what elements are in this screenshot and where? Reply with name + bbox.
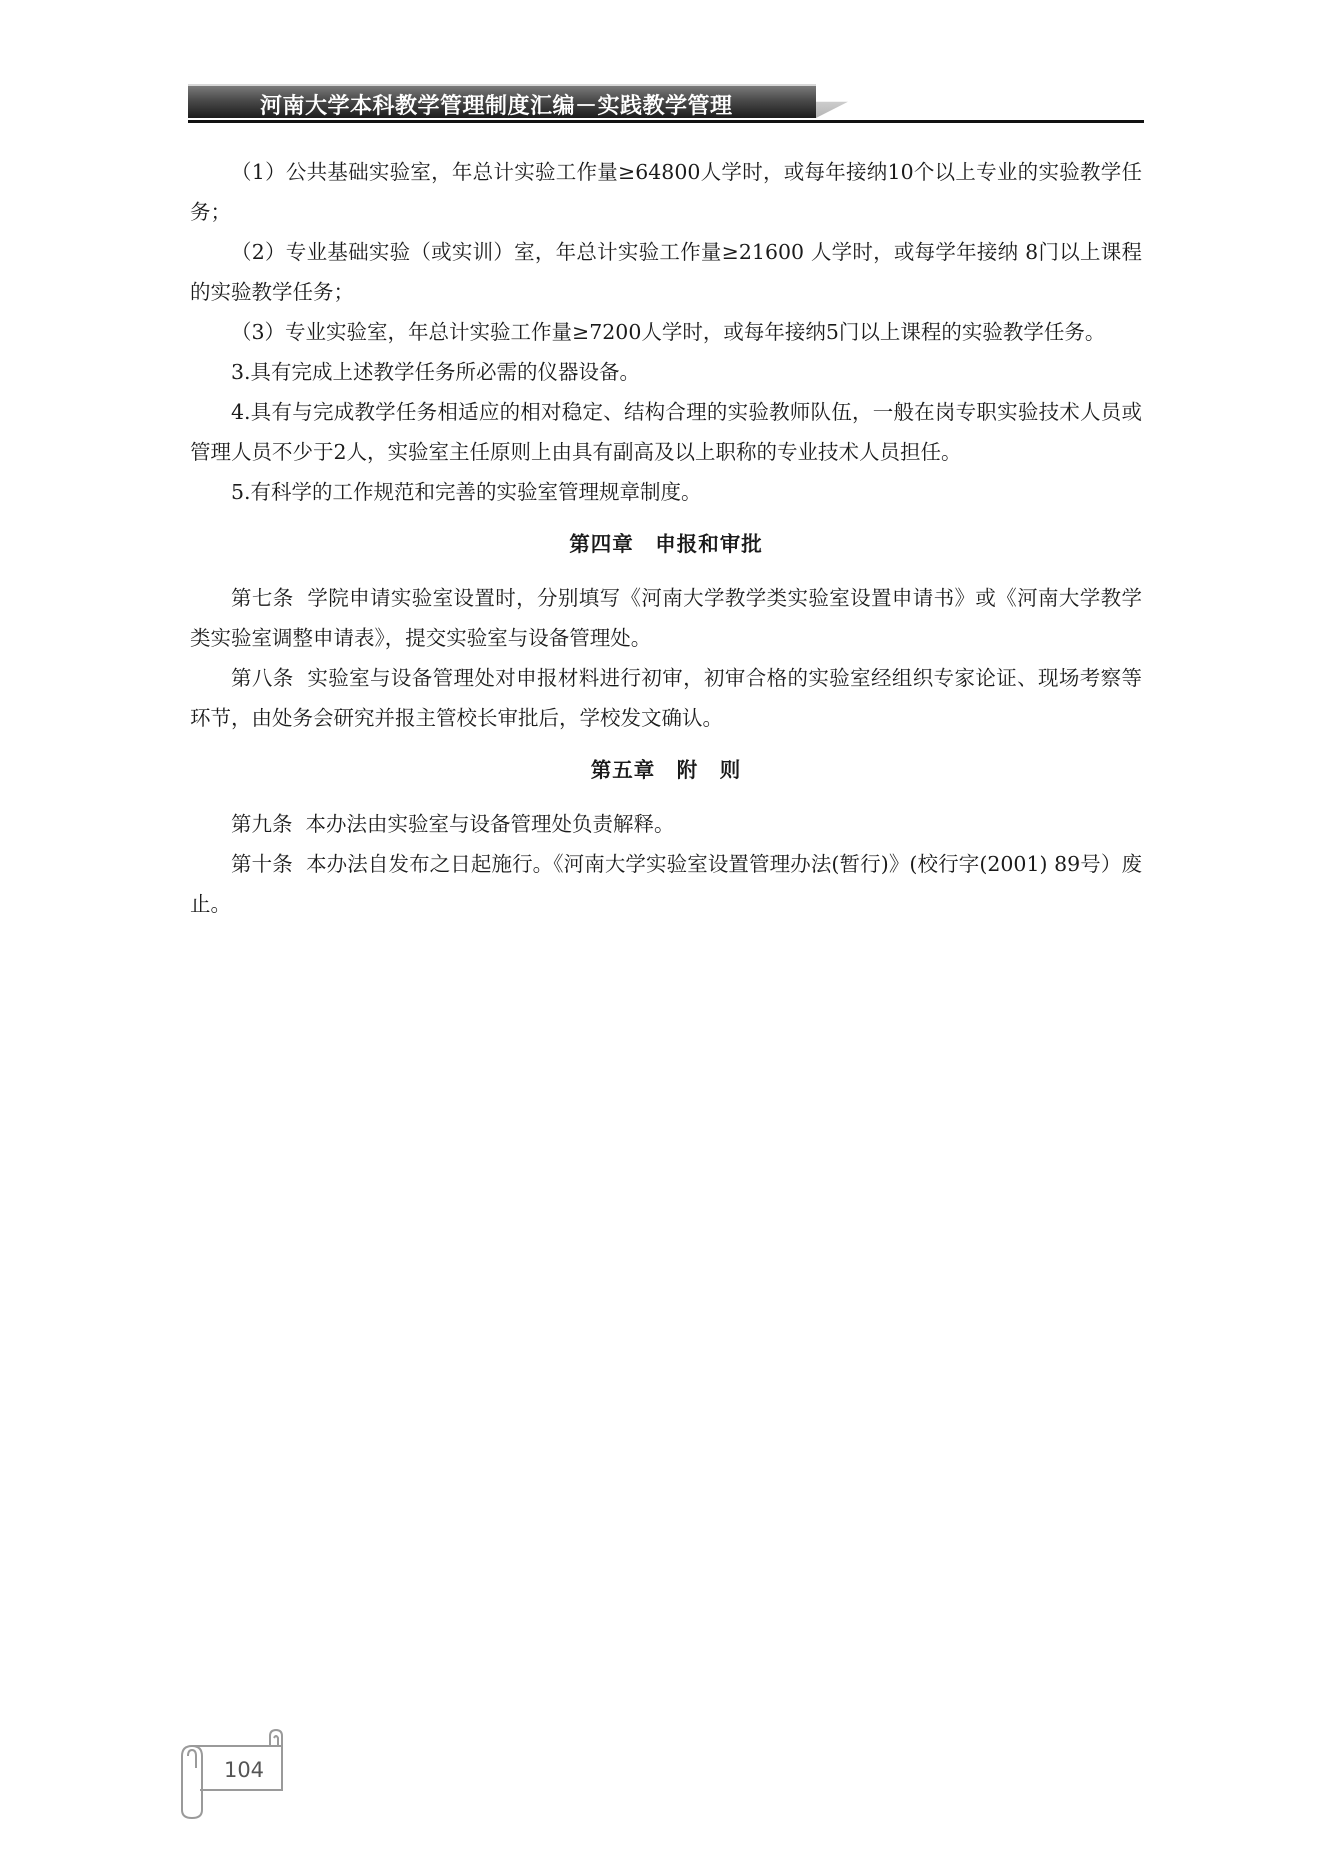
page-number: 104 — [214, 1758, 274, 1782]
paragraph-clause-5: 5.有科学的工作规范和完善的实验室管理规章制度。 — [190, 472, 1142, 512]
chapter-heading-4: 第四章 申报和审批 — [190, 524, 1142, 564]
article-label: 第九条 — [231, 812, 293, 836]
article-text: 本办法由实验室与设备管理处负责解释。 — [306, 812, 675, 836]
article-text: 本办法自发布之日起施行。《河南大学实验室设置管理办法(暂行)》(校行字(2001… — [190, 852, 1142, 916]
header-banner: 河南大学本科教学管理制度汇编－实践教学管理 — [188, 84, 816, 118]
article-text: 学院申请实验室设置时，分别填写《河南大学教学类实验室设置申请书》或《河南大学教学… — [190, 586, 1142, 650]
article-text: 实验室与设备管理处对申报材料进行初审，初审合格的实验室经组织专家论证、现场考察等… — [190, 666, 1142, 730]
article-8: 第八条 实验室与设备管理处对申报材料进行初审，初审合格的实验室经组织专家论证、现… — [190, 658, 1142, 738]
running-header: 河南大学本科教学管理制度汇编－实践教学管理 — [188, 82, 1144, 122]
article-label: 第十条 — [231, 852, 293, 876]
paragraph-item-1: （1）公共基础实验室，年总计实验工作量≥64800人学时，或每年接纳10个以上专… — [190, 152, 1142, 232]
article-label: 第八条 — [231, 666, 294, 690]
page-body: （1）公共基础实验室，年总计实验工作量≥64800人学时，或每年接纳10个以上专… — [190, 152, 1142, 924]
paragraph-item-3: （3）专业实验室，年总计实验工作量≥7200人学时，或每年接纳5门以上课程的实验… — [190, 312, 1142, 352]
article-9: 第九条 本办法由实验室与设备管理处负责解释。 — [190, 804, 1142, 844]
paragraph-clause-4: 4.具有与完成教学任务相适应的相对稳定、结构合理的实验教师队伍，一般在岗专职实验… — [190, 392, 1142, 472]
article-7: 第七条 学院申请实验室设置时，分别填写《河南大学教学类实验室设置申请书》或《河南… — [190, 578, 1142, 658]
chapter-heading-5: 第五章 附 则 — [190, 750, 1142, 790]
header-tab-decoration — [816, 100, 848, 118]
paragraph-clause-3: 3.具有完成上述教学任务所必需的仪器设备。 — [190, 352, 1142, 392]
header-rule — [188, 120, 1144, 123]
paragraph-item-2: （2）专业基础实验（或实训）室，年总计实验工作量≥21600 人学时，或每学年接… — [190, 232, 1142, 312]
article-10: 第十条 本办法自发布之日起施行。《河南大学实验室设置管理办法(暂行)》(校行字(… — [190, 844, 1142, 924]
header-title: 河南大学本科教学管理制度汇编－实践教学管理 — [260, 89, 733, 120]
article-label: 第七条 — [231, 586, 294, 610]
page-number-scroll: 104 — [170, 1728, 292, 1820]
